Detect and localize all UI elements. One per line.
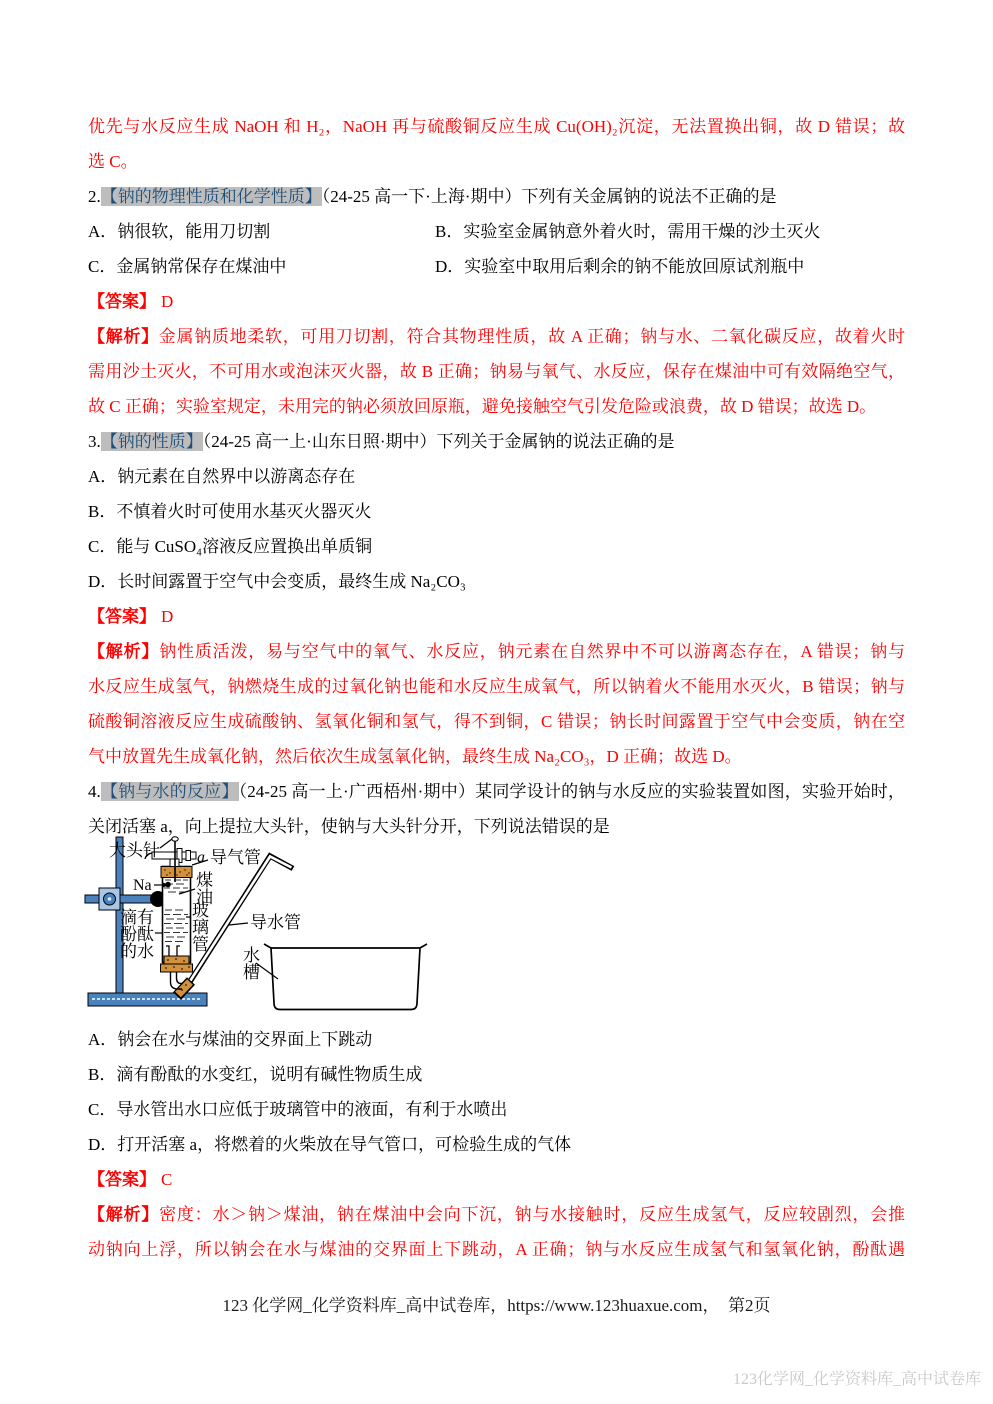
water-tube-label: 导水管 (250, 913, 301, 932)
option-a: A．钠元素在自然界中以游离态存在 (88, 459, 905, 494)
valve-label: a (197, 849, 205, 866)
sodium-label: Na (133, 877, 152, 894)
answer-label: 【答案】 (88, 292, 156, 311)
analysis-line: 硫酸铜溶液反应生成硫酸钠、氢氧化铜和氢气，得不到铜，C 错误；钠长时间露置于空气… (88, 704, 905, 739)
answer-value: D (161, 292, 173, 311)
question-number: 2. (88, 187, 101, 206)
watermark: 123化学网_化学资料库_高中试卷库 (733, 1366, 981, 1389)
analysis-block: 【解析】金属钠质地柔软，可用刀切割，符合其物理性质，故 A 正确；钠与水、二氧化… (88, 319, 905, 424)
analysis-line: 需用沙土灭火，不可用水或泡沫灭火器，故 B 正确；钠易与氧气、水反应，保存在煤油… (88, 354, 905, 389)
option-row: C．金属钠常保存在煤油中D．实验室中取用后剩余的钠不能放回原试剂瓶中 (88, 249, 905, 284)
page-content: 优先与水反应生成 NaOH 和 H₂，NaOH 再与硫酸铜反应生成 Cu(OH)… (0, 0, 993, 1323)
question-4: 4.【钠与水的反应】（24-25 高一上·广西梧州·期中）某同学设计的钠与水反应… (88, 774, 905, 1267)
analysis-line: 动钠向上浮，所以钠会在水与煤油的交界面上下跳动，A 正确；钠与水反应生成氢气和氢… (88, 1232, 905, 1267)
option-c: C．能与 CuSO₄溶液反应置换出单质铜 (88, 529, 905, 564)
analysis-line: 故 C 正确；实验室规定，未用完的钠必须放回原瓶，避免接触空气引发危险或浪费，故… (88, 389, 905, 424)
answer-label: 【答案】 (88, 607, 156, 626)
top-stopper (161, 867, 192, 878)
analysis-label: 【解析】 (88, 642, 159, 661)
analysis-line: 选 C。 (88, 144, 905, 179)
answer-row: 【答案】D (88, 599, 905, 634)
analysis-line: 【解析】密度：水＞钠＞煤油，钠在煤油中会向下沉，钠与水接触时，反应生成氢气，反应… (88, 1197, 905, 1232)
option-c: C．金属钠常保存在煤油中 (88, 249, 435, 284)
answer-row: 【答案】D (88, 284, 905, 319)
option-d: D．实验室中取用后剩余的钠不能放回原试剂瓶中 (435, 257, 804, 276)
glass-tube (163, 867, 191, 963)
experiment-apparatus-diagram: 大头针 a 导气管 Na 煤 油 玻 璃 管 滴有 酚酞 的水 导水管 水 (80, 833, 440, 1018)
question-text: （24-25 高一上·山东日照·期中）下列关于金属钠的说法正确的是 (203, 432, 675, 451)
topic-tag: 【钠的性质】 (101, 432, 203, 451)
glass-tube-label: 管 (192, 935, 209, 954)
answer-label: 【答案】 (88, 1170, 156, 1189)
analysis-label: 【解析】 (88, 327, 159, 346)
option-a: A．钠很软，能用刀切割 (88, 214, 435, 249)
answer-value: D (161, 607, 173, 626)
option-a: A．钠会在水与煤油的交界面上下跳动 (88, 1022, 905, 1057)
phenol-water-label: 的水 (120, 942, 154, 961)
carryover-analysis: 优先与水反应生成 NaOH 和 H₂，NaOH 再与硫酸铜反应生成 Cu(OH)… (88, 109, 905, 179)
question-text: （24-25 高一上·广西梧州·期中）某同学设计的钠与水反应的实验装置如图，实验… (239, 782, 905, 801)
option-row: A．钠很软，能用刀切割B．实验室金属钠意外着火时，需用干燥的沙土灭火 (88, 214, 905, 249)
analysis-line: 【解析】金属钠质地柔软，可用刀切割，符合其物理性质，故 A 正确；钠与水、二氧化… (88, 319, 905, 354)
trough-label: 槽 (243, 963, 260, 982)
answer-row: 【答案】C (88, 1162, 905, 1197)
water-trough (264, 944, 427, 1010)
exam-page: 优先与水反应生成 NaOH 和 H₂，NaOH 再与硫酸铜反应生成 Cu(OH)… (0, 0, 993, 1404)
option-b: B．不慎着火时可使用水基灭火器灭火 (88, 494, 905, 529)
answer-value: C (161, 1170, 172, 1189)
analysis-block: 【解析】钠性质活泼，易与空气中的氧气、水反应，钠元素在自然界中不可以游离态存在，… (88, 634, 905, 774)
question-stem: 2.【钠的物理性质和化学性质】（24-25 高一下·上海·期中）下列有关金属钠的… (88, 179, 905, 214)
gas-tube-label: 导气管 (210, 848, 261, 867)
analysis-block: 【解析】密度：水＞钠＞煤油，钠在煤油中会向下沉，钠与水接触时，反应生成氢气，反应… (88, 1197, 905, 1267)
option-b: B．滴有酚酞的水变红，说明有碱性物质生成 (88, 1057, 905, 1092)
pin-label: 大头针 (109, 841, 160, 860)
question-number: 3. (88, 432, 101, 451)
page-footer: 123 化学网_化学资料库_高中试卷库，https://www.123huaxu… (88, 1288, 905, 1323)
analysis-line: 优先与水反应生成 NaOH 和 H₂，NaOH 再与硫酸铜反应生成 Cu(OH)… (88, 109, 905, 144)
option-c: C．导水管出水口应低于玻璃管中的液面，有利于水喷出 (88, 1092, 905, 1127)
question-3: 3.【钠的性质】（24-25 高一上·山东日照·期中）下列关于金属钠的说法正确的… (88, 424, 905, 774)
analysis-line: 气中放置先生成氧化钠，然后依次生成氢氧化钠，最终生成 Na₂CO₃，D 正确；故… (88, 739, 905, 774)
question-2: 2.【钠的物理性质和化学性质】（24-25 高一下·上海·期中）下列有关金属钠的… (88, 179, 905, 424)
bottom-stopper (161, 956, 193, 972)
option-b: B．实验室金属钠意外着火时，需用干燥的沙土灭火 (435, 222, 820, 241)
option-d: D．打开活塞 a，将燃着的火柴放在导气管口，可检验生成的气体 (88, 1127, 905, 1162)
option-d: D．长时间露置于空气中会变质，最终生成 Na₂CO₃ (88, 564, 905, 599)
question-stem: 3.【钠的性质】（24-25 高一上·山东日照·期中）下列关于金属钠的说法正确的… (88, 424, 905, 459)
question-text: （24-25 高一下·上海·期中）下列有关金属钠的说法不正确的是 (322, 187, 777, 206)
question-stem: 4.【钠与水的反应】（24-25 高一上·广西梧州·期中）某同学设计的钠与水反应… (88, 774, 905, 809)
topic-tag: 【钠与水的反应】 (101, 782, 239, 801)
analysis-line: 水反应生成氢气，钠燃烧生成的过氧化钠也能和水反应生成氧气，所以钠着火不能用水灭火… (88, 669, 905, 704)
analysis-label: 【解析】 (88, 1205, 159, 1224)
question-number: 4. (88, 782, 101, 801)
topic-tag: 【钠的物理性质和化学性质】 (101, 187, 322, 206)
analysis-line: 【解析】钠性质活泼，易与空气中的氧气、水反应，钠元素在自然界中不可以游离态存在，… (88, 634, 905, 669)
